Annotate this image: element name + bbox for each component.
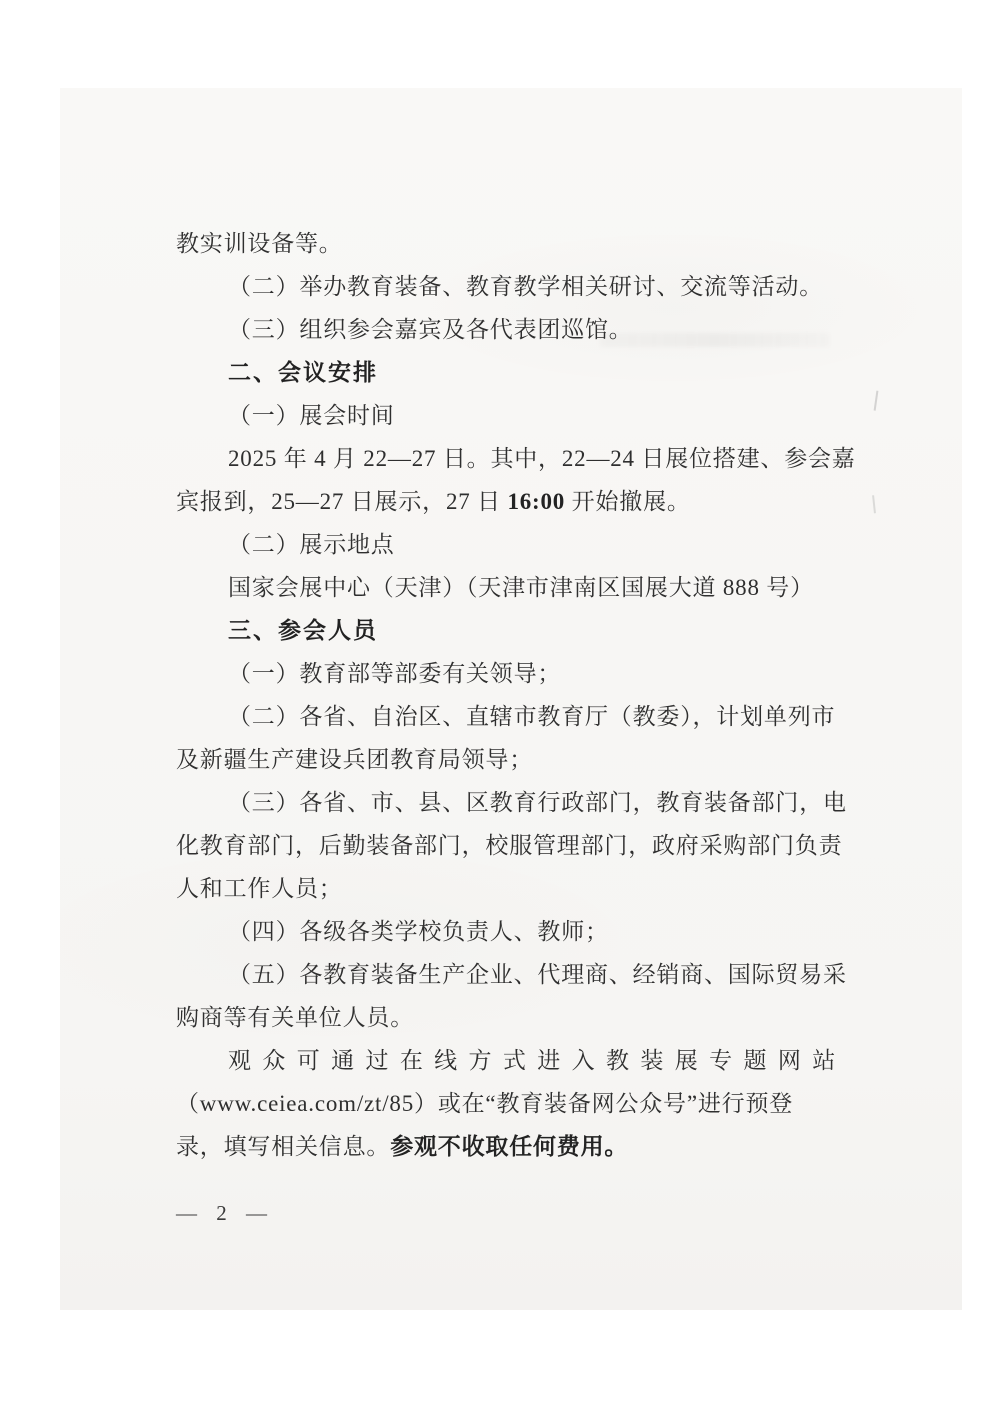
body-line: 人和工作人员； [176,867,866,910]
body-line: 购商等有关单位人员。 [176,996,866,1039]
scan-artifact [872,495,881,514]
body-line: 宾报到，25—27 日展示，27 日 16:00 开始撤展。 [176,480,866,523]
bold-text-segment: 参观不收取任何费用。 [390,1134,628,1159]
body-line-justified: 观众可通过在线方式进入教装展专题网站 [228,1039,866,1082]
subsection-heading: （二）展示地点 [176,523,866,566]
list-item-line: （三）组织参会嘉宾及各代表团巡馆。 [176,308,866,351]
section-heading-3: 三、参会人员 [176,609,866,652]
list-item-line: （二）各省、自治区、直辖市教育厅（教委），计划单列市 [176,695,866,738]
scan-artifact [874,391,884,412]
document-body: 教实训设备等。 （二）举办教育装备、教育教学相关研讨、交流等活动。 （三）组织参… [176,222,866,1168]
text-segment: 开始撤展。 [565,489,691,514]
body-line: 化教育部门，后勤装备部门，校服管理部门，政府采购部门负责 [176,824,866,867]
text-segment: 录，填写相关信息。 [176,1134,390,1159]
scanned-page: 教实训设备等。 （二）举办教育装备、教育教学相关研讨、交流等活动。 （三）组织参… [60,88,962,1310]
subsection-heading: （一）展会时间 [176,394,866,437]
body-line: 国家会展中心（天津）（天津市津南区国展大道 888 号） [176,566,866,609]
body-line: 录，填写相关信息。参观不收取任何费用。 [176,1125,866,1168]
list-item-line: （二）举办教育装备、教育教学相关研讨、交流等活动。 [176,265,866,308]
page-number: — 2 — [176,1198,274,1228]
list-item-line: （一）教育部等部委有关领导； [176,652,866,695]
bold-text-segment: 16:00 [507,489,565,514]
list-item-line: （四）各级各类学校负责人、教师； [176,910,866,953]
body-line: 教实训设备等。 [176,222,866,265]
text-segment: 宾报到，25—27 日展示，27 日 [176,489,507,514]
body-line: 及新疆生产建设兵团教育局领导； [176,738,866,781]
scanned-document-canvas: 教实训设备等。 （二）举办教育装备、教育教学相关研讨、交流等活动。 （三）组织参… [0,0,992,1403]
list-item-line: （五）各教育装备生产企业、代理商、经销商、国际贸易采 [176,953,866,996]
body-line: （www.ceiea.com/zt/85）或在“教育装备网公众号”进行预登 [176,1082,866,1125]
body-line: 2025 年 4 月 22—27 日。其中，22—24 日展位搭建、参会嘉 [176,437,866,480]
list-item-line: （三）各省、市、县、区教育行政部门，教育装备部门，电 [176,781,866,824]
section-heading-2: 二、会议安排 [176,351,866,394]
